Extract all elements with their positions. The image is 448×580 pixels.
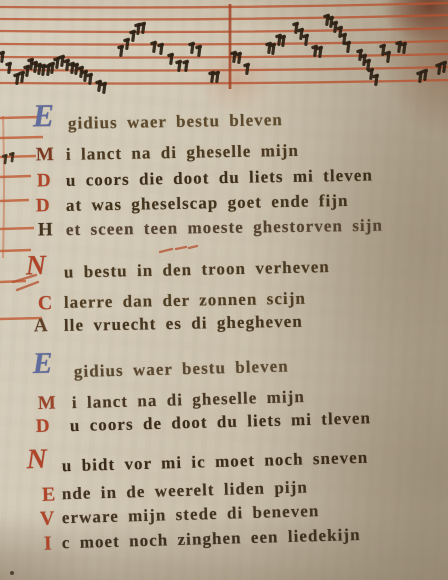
- neume-note-stroke: [330, 20, 339, 34]
- versal-initial: M: [38, 394, 56, 414]
- neume-note-stroke: [22, 64, 31, 78]
- neume-note-stroke: [67, 61, 76, 75]
- neume-note-stroke: [43, 63, 52, 77]
- poem-line-text: et sceen teen moeste ghestorven sijn: [66, 216, 383, 240]
- neume-note-stroke: [378, 43, 387, 57]
- neume-note-stroke: [181, 59, 190, 73]
- neume-note-stroke: [278, 34, 287, 48]
- neume-note-stroke: [212, 70, 221, 84]
- neume-note-stroke: [99, 81, 108, 95]
- poem-line-text: u coors die doot du liets mi tleven: [66, 165, 373, 190]
- staff-line: [0, 80, 448, 84]
- neume-note-stroke: [12, 72, 21, 86]
- neume-note-stroke: [38, 63, 47, 77]
- neume-note-stroke: [138, 21, 147, 35]
- neume-note-stroke: [434, 62, 443, 76]
- versal-initial: D: [36, 417, 50, 437]
- neume-note-stroke: [174, 59, 183, 73]
- staff-line: [0, 15, 448, 20]
- red-pen-mark: [189, 246, 197, 248]
- neume-note-stroke: [17, 70, 26, 84]
- versal-initial: E: [32, 356, 50, 372]
- neume-note-stroke: [207, 70, 216, 84]
- versal-initial: E: [42, 484, 56, 504]
- poem-line-text: gidius waer bestu bleven: [68, 110, 283, 134]
- neume-note-stroke: [359, 53, 368, 67]
- neume-note-stroke: [383, 50, 392, 64]
- poem-line-text: gidius waer bestu bleven: [74, 356, 289, 382]
- neume-note-stroke: [343, 40, 352, 54]
- neume-note-stroke: [335, 25, 344, 39]
- versal-initial: V: [40, 508, 55, 528]
- neume-note-stroke: [242, 62, 251, 76]
- red-pen-mark: [160, 249, 172, 252]
- poem-line-text: nde in de weerelt liden pijn: [62, 477, 308, 504]
- versal-initial: E: [33, 107, 53, 123]
- versal-initial: A: [34, 316, 48, 336]
- staff-line: [0, 41, 448, 45]
- manuscript-page: E gidius waer bestu bleven M i lanct na …: [0, 0, 448, 580]
- neume-note-stroke: [76, 65, 85, 79]
- red-pen-mark: [176, 247, 186, 249]
- neume-note-stroke: [116, 44, 125, 58]
- neume-note-stroke: [156, 42, 165, 56]
- neume-note-stroke: [128, 29, 137, 43]
- neume-note-stroke: [57, 54, 66, 68]
- poem-line-text: i lanct na di gheselle mijn: [72, 387, 305, 413]
- neume-note-stroke: [264, 41, 273, 55]
- neume-note-stroke: [296, 27, 305, 41]
- neume-note-stroke: [187, 41, 196, 55]
- neume-note-stroke: [366, 67, 375, 81]
- neume-note-stroke: [439, 60, 448, 74]
- neume-note-stroke: [274, 33, 283, 47]
- poem-line-text: lle vruecht es di ghegheven: [64, 312, 303, 336]
- neume-note-stroke: [399, 41, 408, 55]
- neume-note-stroke: [62, 58, 71, 72]
- neume-note-stroke: [34, 62, 43, 76]
- poem-line-text: at was gheselscap goet ende fijn: [66, 191, 349, 216]
- neume-note-stroke: [326, 15, 335, 29]
- staff-line: [0, 67, 448, 71]
- neume-note-stroke: [166, 52, 175, 66]
- versal-initial: M: [36, 145, 54, 165]
- neume-note-stroke: [94, 79, 103, 93]
- neume-note-stroke: [322, 13, 331, 27]
- versal-initial: C: [38, 293, 53, 313]
- poem-line-text: i lanct na di gheselle mijn: [66, 141, 299, 165]
- neume-note-stroke: [229, 50, 238, 64]
- neume-note-stroke: [30, 60, 39, 74]
- neume-note-stroke: [122, 37, 131, 51]
- versal-initial: N: [26, 258, 45, 274]
- ink-dot: [10, 571, 14, 575]
- neume-note-stroke: [339, 32, 348, 46]
- neume-note-stroke: [0, 50, 6, 64]
- neume-note-stroke: [26, 57, 35, 71]
- neume-note-stroke: [301, 33, 310, 47]
- neume-note-stroke: [52, 56, 61, 70]
- poem-line-text: laerre dan der zonnen scijn: [64, 289, 306, 313]
- neume-note-stroke: [291, 21, 300, 35]
- neume-note-stroke: [194, 44, 203, 58]
- neume-note-stroke: [310, 44, 319, 58]
- staff-line: [0, 3, 448, 8]
- neume-note-stroke: [363, 58, 372, 72]
- neume-note-stroke: [394, 40, 403, 54]
- poem-line-text: u bidt vor mi ic moet noch sneven: [62, 448, 369, 477]
- neume-note-stroke: [47, 61, 56, 75]
- versal-initial: I: [44, 534, 52, 554]
- neume-note-stroke: [355, 48, 364, 62]
- neume-note-stroke: [234, 51, 243, 65]
- neume-note-stroke: [133, 22, 142, 36]
- poem-line: H et sceen teen moeste ghestorven sijn: [0, 215, 448, 247]
- neume-note-stroke: [85, 72, 94, 86]
- neume-note-stroke: [149, 40, 158, 54]
- neume-note-stroke: [71, 62, 80, 76]
- versal-initial: D: [37, 171, 51, 191]
- poem-line-text: u bestu in den troon verheven: [64, 257, 330, 283]
- neume-note-stroke: [415, 70, 424, 84]
- neume-note-stroke: [420, 68, 429, 82]
- neume-note-stroke: [4, 61, 13, 75]
- versal-initial: H: [38, 220, 53, 240]
- neume-note-stroke: [371, 73, 380, 87]
- staff-line: [0, 54, 448, 58]
- neume-note-stroke: [80, 69, 89, 83]
- neume-note-stroke: [268, 42, 277, 56]
- versal-initial: N: [26, 452, 45, 469]
- staff-line: [0, 28, 448, 32]
- poem-line: E gidius waer bestu bleven: [0, 107, 448, 141]
- neume-note-stroke: [315, 45, 324, 59]
- versal-initial: D: [36, 196, 50, 216]
- poem-line: N u bestu in den troon verheven: [0, 255, 448, 290]
